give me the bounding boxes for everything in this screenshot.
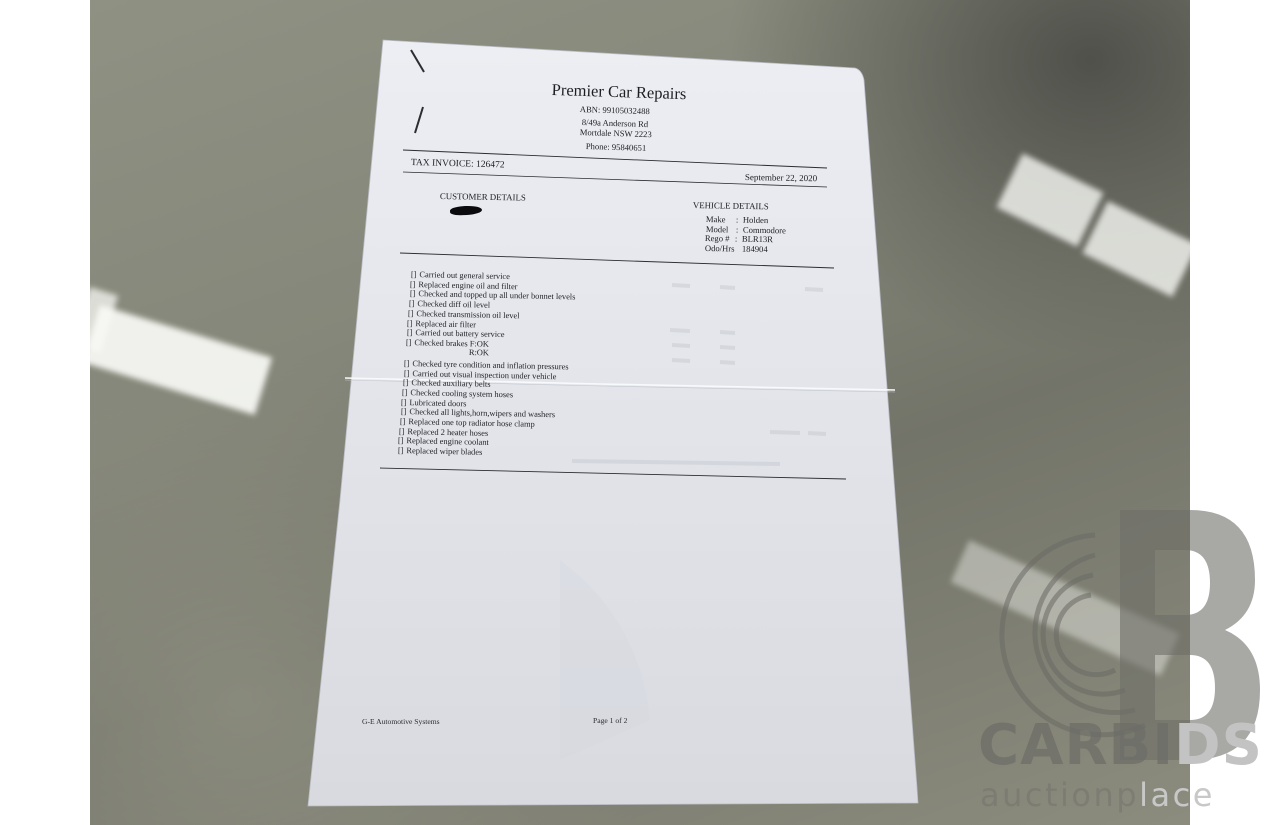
checkbox-icon: [] — [402, 388, 408, 397]
watermark-tagline: auctionplace — [980, 776, 1215, 814]
checkbox-icon: [] — [403, 378, 409, 387]
phone: Phone: 95840651 — [586, 141, 647, 153]
light-reflection — [1082, 201, 1190, 297]
checkbox-icon: [] — [400, 417, 406, 426]
vehicle-detail-label: Make — [706, 214, 736, 225]
service-item-text: Checked transmission oil level — [416, 309, 519, 320]
customer-details-heading: CUSTOMER DETAILS — [440, 191, 526, 202]
checkbox-icon: [] — [411, 270, 417, 279]
service-item-text: Checked brakes F:OK — [414, 338, 489, 349]
checkbox-icon: [] — [403, 369, 409, 378]
checkbox-icon: [] — [406, 338, 412, 347]
company-name: Premier Car Repairs — [551, 80, 686, 104]
service-item-text: Checked diff oil level — [417, 299, 490, 310]
checkbox-icon: [] — [409, 299, 415, 308]
checkbox-icon: [] — [400, 407, 406, 416]
vehicle-details-heading: VEHICLE DETAILS — [693, 200, 769, 211]
checkbox-icon: [] — [401, 398, 407, 407]
checkbox-icon: [] — [399, 427, 405, 436]
checkbox-icon: [] — [406, 328, 412, 337]
checkbox-icon: [] — [398, 436, 404, 445]
watermark-brand: CARBIDS — [978, 713, 1263, 778]
vehicle-detail-label: Odo/Hrs — [705, 243, 735, 254]
service-checklist-item: []Checked brakes F:OK — [406, 338, 489, 349]
service-checklist-item: R:OK — [469, 348, 489, 357]
footer-software: G-E Automotive Systems — [362, 717, 440, 726]
vehicle-detail-value: Holden — [743, 215, 768, 225]
checkbox-icon: [] — [397, 446, 403, 455]
light-reflection — [951, 540, 1180, 676]
service-item-text: Carried out general service — [419, 270, 510, 281]
checkbox-icon: [] — [407, 319, 413, 328]
service-item-text: Checked auxiliary belts — [411, 378, 490, 389]
vehicle-detail-value: 184904 — [742, 243, 768, 253]
checkbox-icon: [] — [408, 309, 414, 318]
vehicle-detail-row: Odo/Hrs184904 — [705, 243, 768, 254]
page-number: Page 1 of 2 — [593, 716, 627, 725]
invoice-date: September 22, 2020 — [745, 172, 817, 183]
checkbox-icon: [] — [409, 289, 415, 298]
checkbox-icon: [] — [410, 280, 416, 289]
light-reflection — [996, 153, 1103, 246]
light-reflection — [90, 305, 272, 415]
service-item-text: Replaced wiper blades — [406, 446, 482, 457]
checkbox-icon: [] — [404, 359, 410, 368]
service-checklist-item: []Replaced wiper blades — [397, 446, 482, 457]
service-checklist-item: []Checked diff oil level — [409, 299, 490, 310]
